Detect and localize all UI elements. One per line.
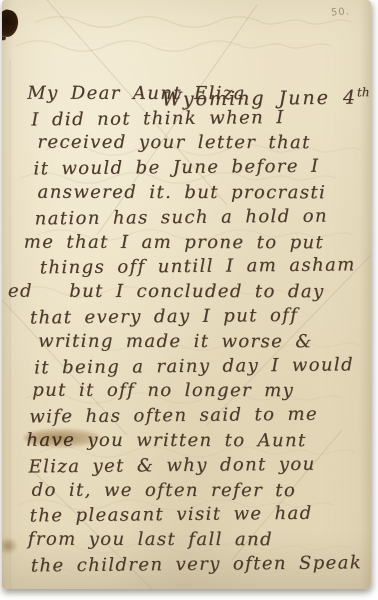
letter-line: me that I am prone to put [2, 230, 366, 255]
letter-line: I did not think when I [2, 105, 365, 133]
smudge-stain [24, 429, 100, 447]
corner-pencil-mark: 50. [331, 6, 351, 18]
dateline-year: 1862 [369, 86, 371, 109]
ink-blot [2, 8, 21, 39]
letter-line: it being a rainy day I would [2, 353, 366, 381]
letter-line: received your letter that [2, 131, 365, 156]
letter-line: nation has such a hold on [2, 204, 366, 232]
letter-line: put it off no longer my [2, 379, 366, 404]
letter-line: writing made it worse & [2, 329, 366, 354]
letter-line: wife has often said to me [2, 402, 366, 430]
letter-line: it would be June before I [2, 154, 366, 182]
letter-line: the children very often Speak [3, 551, 367, 579]
letter-line: things off untill I am asham [2, 254, 366, 282]
dateline: Wyoming June 4th 1862 [2, 55, 365, 83]
letter-line: answered it. but procrasti [2, 181, 366, 206]
letter-line: Eliza yet & why dont you [2, 452, 366, 480]
letter-line: ed but I concluded to day [2, 280, 366, 305]
letter-line: that every day I put off [2, 303, 366, 331]
letter-text: Wyoming June 4th 1862 My Dear Aunt Eliza… [2, 56, 367, 578]
salutation: My Dear Aunt Eliza [2, 81, 365, 106]
letter-line: from you last fall and [3, 528, 367, 553]
letter-photo: 50. Wyoming June 4th 1862 My Dear Aunt E… [0, 0, 378, 600]
letter-page: 50. Wyoming June 4th 1862 My Dear Aunt E… [2, 0, 371, 589]
letter-line: do it, we often refer to [3, 478, 367, 503]
letter-line: the pleasant visit we had [3, 502, 367, 530]
